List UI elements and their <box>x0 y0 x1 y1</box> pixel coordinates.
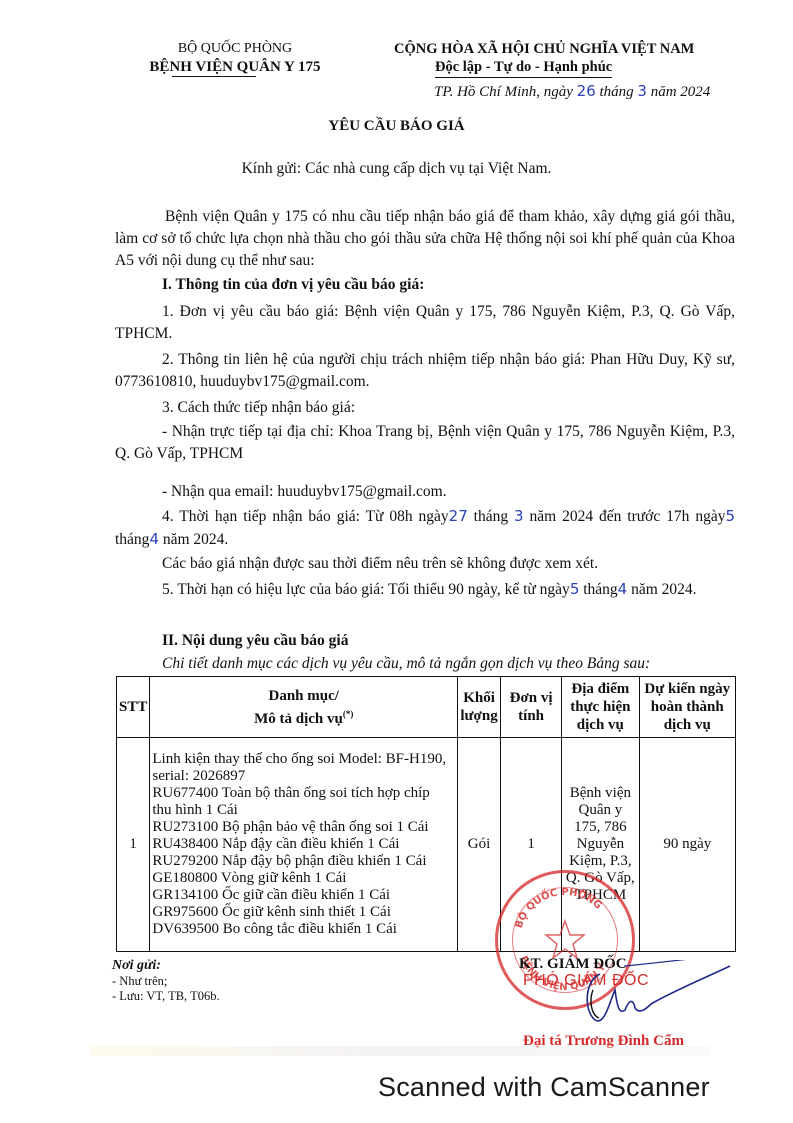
section-2-subtitle: Chi tiết danh mục các dịch vụ yêu cầu, m… <box>115 653 762 675</box>
issuer-header: BỘ QUỐC PHÒNG BỆNH VIỆN QUÂN Y 175 <box>110 40 360 77</box>
header-due-date: Dự kiến ngàyhoàn thànhdịch vụ <box>639 677 735 738</box>
section-1-note: Các báo giá nhận được sau thời điểm nêu … <box>115 553 735 575</box>
nation-title: CỘNG HÒA XÃ HỘI CHỦ NGHĨA VIỆT NAM <box>394 40 780 58</box>
section-1-item-5: 5. Thời hạn có hiệu lực của báo giá: Tối… <box>115 578 735 601</box>
national-motto: Độc lập - Tự do - Hạnh phúc <box>435 58 612 78</box>
header-location: Địa điểmthực hiệndịch vụ <box>562 677 639 738</box>
section-2-heading: II. Nội dung yêu cầu báo giá <box>115 630 735 652</box>
section-1-item-3a: - Nhận trực tiếp tại địa chỉ: Khoa Trang… <box>115 421 735 465</box>
handwritten-valid-day: 5 <box>570 580 580 598</box>
handwritten-start-day: 27 <box>449 507 468 525</box>
header-description: Danh mục/ Mô tả dịch vụ(*) <box>150 677 458 738</box>
section-1-item-3: 3. Cách thức tiếp nhận báo giá: <box>115 397 735 419</box>
table-row: 1 Linh kiện thay thế cho ống soi Model: … <box>117 738 736 952</box>
recipient-line: - Lưu: VT, TB, T06b. <box>112 989 220 1004</box>
table-header-row: STT Danh mục/ Mô tả dịch vụ(*) Khốilượng… <box>117 677 736 738</box>
handwritten-end-day: 5 <box>725 507 735 525</box>
hospital-name: BỆNH VIỆN QUÂN Y 175 <box>110 58 360 77</box>
cell-description: Linh kiện thay thế cho ống soi Model: BF… <box>150 738 458 952</box>
scan-artifact-band <box>90 1046 710 1056</box>
service-table: STT Danh mục/ Mô tả dịch vụ(*) Khốilượng… <box>116 676 736 952</box>
signature-block: BỘ QUỐC PHÒNG BỆNH VIỆN QUÂN Y KT. GIÁM … <box>495 950 735 1060</box>
cell-due-date: 90 ngày <box>639 738 735 952</box>
recipients-label: Nơi gửi: <box>112 957 220 974</box>
document-title: YÊU CẦU BÁO GIÁ <box>0 118 793 135</box>
section-1-item-2: 2. Thông tin liên hệ của người chịu trác… <box>115 349 735 393</box>
cell-stt: 1 <box>117 738 150 952</box>
issue-date: TP. Hồ Chí Minh, ngày 26 tháng 3 năm 202… <box>434 80 780 103</box>
handwritten-valid-month: 4 <box>618 580 628 598</box>
greeting-line: Kính gửi: Các nhà cung cấp dịch vụ tại V… <box>0 160 793 178</box>
national-header: CỘNG HÒA XÃ HỘI CHỦ NGHĨA VIỆT NAM Độc l… <box>380 40 780 103</box>
section-1-item-1: 1. Đơn vị yêu cầu báo giá: Bệnh viện Quâ… <box>115 301 735 345</box>
header-unit: Đơn vịtính <box>501 677 562 738</box>
scanned-document-page: BỘ QUỐC PHÒNG BỆNH VIỆN QUÂN Y 175 CỘNG … <box>0 0 793 1123</box>
camscanner-watermark: Scanned with CamScanner <box>378 1072 710 1103</box>
section-1-item-4: 4. Thời hạn tiếp nhận báo giá: Từ 08h ng… <box>115 505 735 551</box>
handwritten-day: 26 <box>577 82 596 100</box>
hospital-underline <box>172 76 256 77</box>
section-1-item-3b: - Nhận qua email: huuduybv175@gmail.com. <box>115 481 735 503</box>
intro-paragraph: Bệnh viện Quân y 175 có nhu cầu tiếp nhậ… <box>115 206 735 272</box>
handwritten-month: 3 <box>637 82 647 100</box>
cell-quantity: Gói <box>458 738 501 952</box>
handwritten-signature-icon <box>555 960 735 1030</box>
ministry-name: BỘ QUỐC PHÒNG <box>110 40 360 58</box>
handwritten-end-month: 4 <box>149 530 159 548</box>
svg-text:BỘ QUỐC PHÒNG: BỘ QUỐC PHÒNG <box>514 886 604 930</box>
section-1-heading: I. Thông tin của đơn vị yêu cầu báo giá: <box>115 274 735 296</box>
header-stt: STT <box>117 677 150 738</box>
header-quantity: Khốilượng <box>458 677 501 738</box>
recipient-line: - Như trên; <box>112 974 220 989</box>
recipients-block: Nơi gửi: - Như trên; - Lưu: VT, TB, T06b… <box>112 957 220 1004</box>
handwritten-start-month: 3 <box>514 507 524 525</box>
